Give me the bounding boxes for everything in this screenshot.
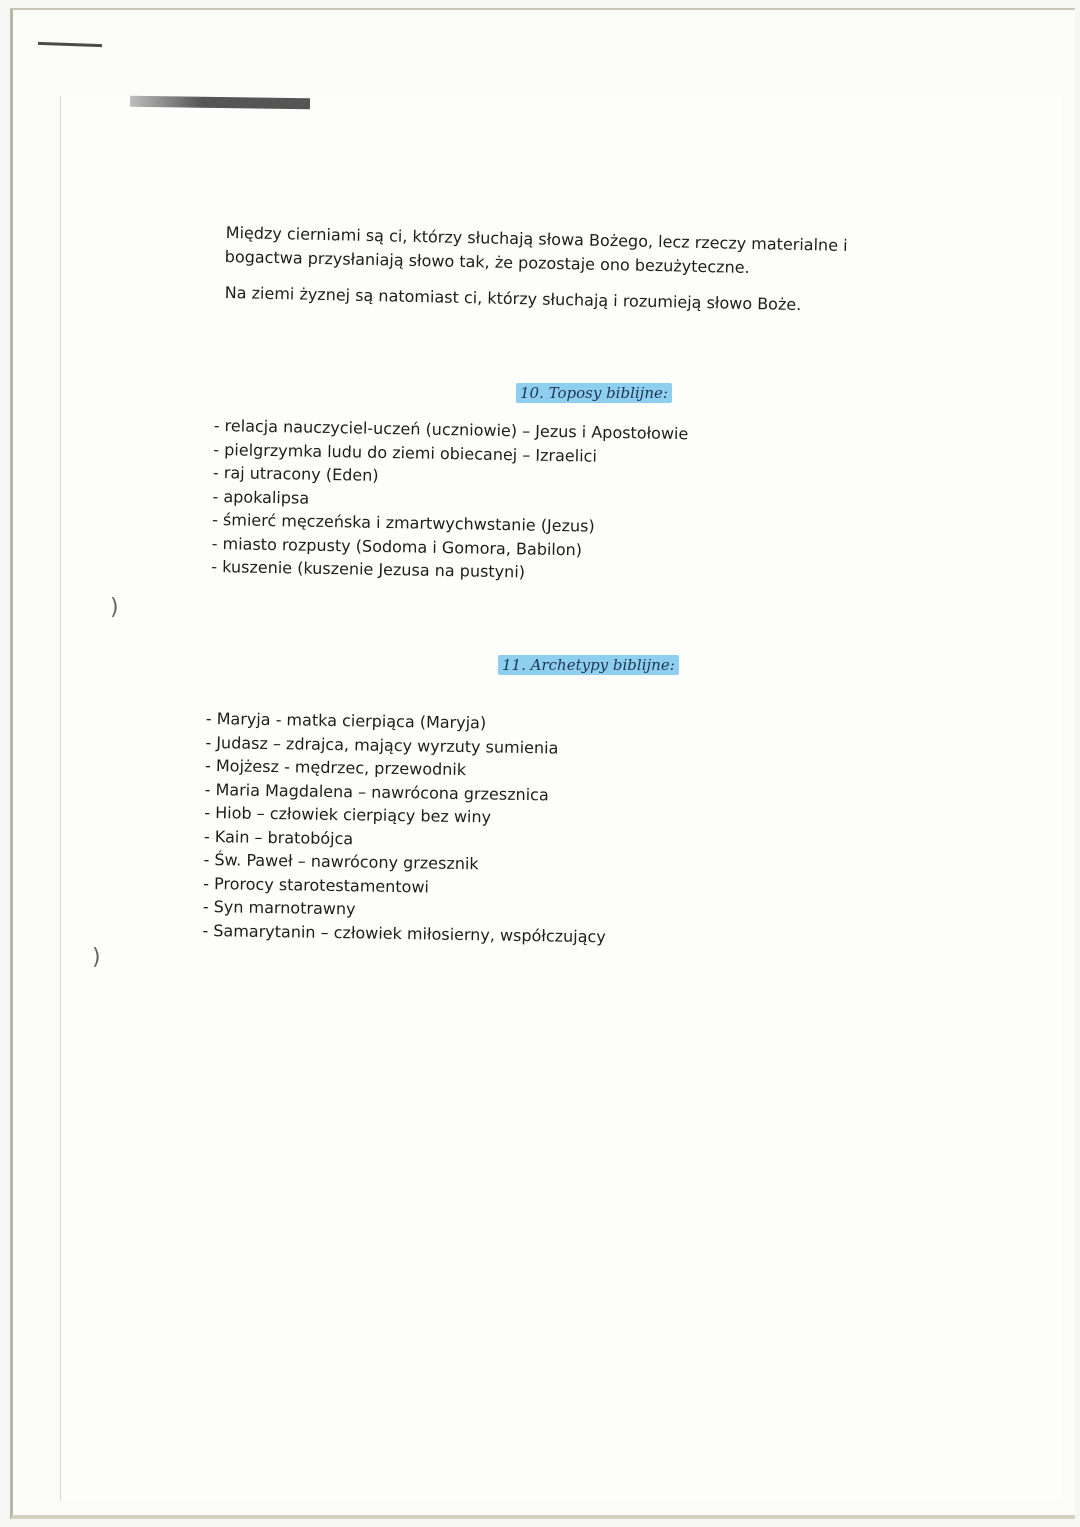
margin-mark: ) (110, 595, 119, 620)
margin-mark: ) (92, 945, 101, 970)
section-heading-archetypy: 11. Archetypy biblijne: (498, 655, 679, 675)
section-heading-toposy: 10. Toposy biblijne: (516, 383, 672, 403)
toposy-list: relacja nauczyciel-uczeń (uczniowie) – J… (211, 414, 688, 587)
archetypy-list: Maryja - matka cierpiąca (Maryja) Judasz… (202, 707, 609, 948)
